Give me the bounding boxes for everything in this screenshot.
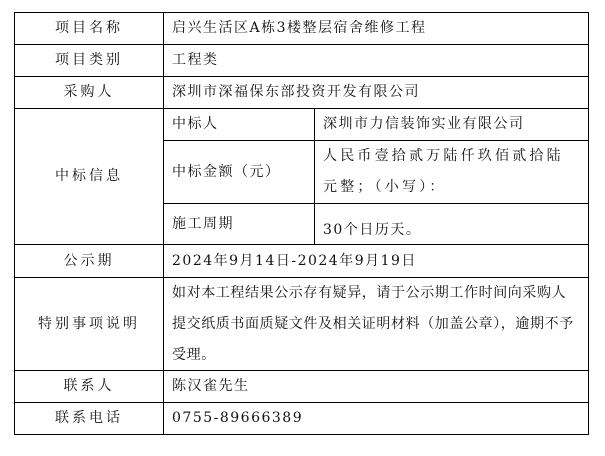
award-announcement-table: 项目名称 启兴生活区A栋3楼整层宿舍维修工程 项目类别 工程类 采购人 深圳市深… — [14, 12, 589, 434]
special-notes-label: 特别事项说明 — [14, 277, 164, 371]
publicity-period-value: 2024年9月14日-2024年9月19日 — [163, 244, 589, 278]
award-info-label-text: 中标信息 — [55, 161, 123, 192]
project-category-value: 工程类 — [163, 44, 589, 77]
special-notes-label-text: 特别事项说明 — [38, 309, 140, 340]
contact-phone-value: 0755-89666389 — [163, 402, 589, 435]
award-info-label: 中标信息 — [14, 108, 164, 245]
contact-person-value: 陈汉雀先生 — [163, 370, 589, 403]
contact-phone-label: 联系电话 — [14, 402, 164, 435]
project-category-label: 项目类别 — [14, 44, 164, 77]
purchaser-value: 深圳市深福保东部投资开发有限公司 — [163, 76, 589, 109]
construction-period-value: 30个日历天。 — [314, 203, 589, 245]
project-name-value: 启兴生活区A栋3楼整层宿舍维修工程 — [163, 12, 589, 45]
winner-value: 深圳市力信装饰实业有限公司 — [314, 108, 589, 141]
award-amount-label-text: 中标金额（元） — [172, 157, 281, 188]
contact-person-label: 联系人 — [14, 370, 164, 403]
publicity-period-label: 公示期 — [14, 244, 164, 278]
special-notes-value: 如对本工程结果公示存有疑异，请于公示期工作时间向采购人提交纸质书面质疑文件及相关… — [163, 277, 589, 371]
purchaser-label: 采购人 — [14, 76, 164, 109]
winner-label: 中标人 — [163, 108, 315, 141]
construction-period-label: 施工周期 — [163, 203, 315, 245]
project-name-label: 项目名称 — [14, 12, 164, 45]
award-amount-value: 人民币壹拾贰万陆仟玖佰贰拾陆元整；（小写）：¥126,926.00； — [314, 140, 589, 204]
award-amount-label: 中标金额（元） — [163, 140, 315, 204]
